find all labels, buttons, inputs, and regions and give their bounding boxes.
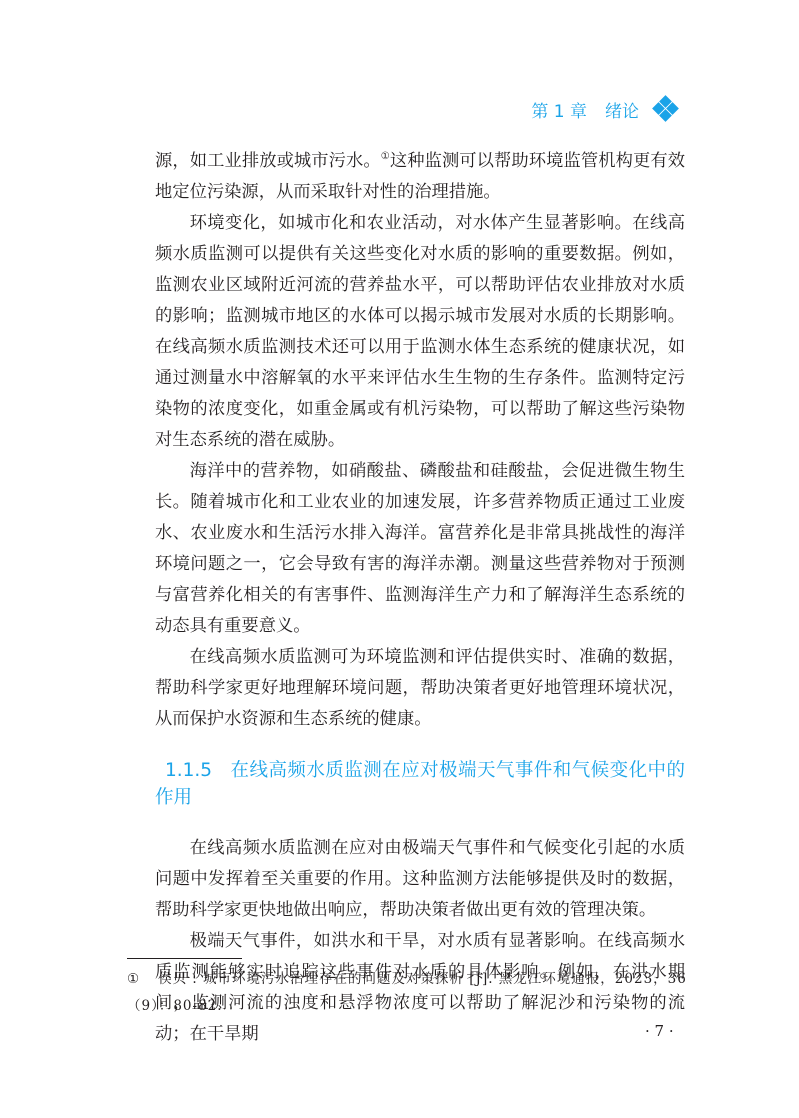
diamond-cluster-icon <box>649 96 679 122</box>
paragraph: 在线高频水质监测在应对由极端天气事件和气候变化引起的水质问题中发挥着至关重要的作… <box>155 833 685 926</box>
footnote-divider <box>127 958 242 959</box>
paragraph: 海洋中的营养物，如硝酸盐、磷酸盐和硅酸盐，会促进微生物生长。随着城市化和工业农业… <box>155 456 685 642</box>
footnote-text: 侯贝 . 城市环境污水治理存在的问题及对策探析 [J]. 黑龙江环境通报，202… <box>127 971 687 1014</box>
page-number: · 7 · <box>645 1022 674 1040</box>
footnote: ①侯贝 . 城市环境污水治理存在的问题及对策探析 [J]. 黑龙江环境通报，20… <box>127 966 687 1020</box>
paragraph-continued: 源，如工业排放或城市污水。①这种监测可以帮助环境监管机构更有效地定位污染源，从而… <box>155 146 685 208</box>
chapter-number: 第 1 章 <box>531 97 587 122</box>
footnote-mark: ① <box>127 971 140 987</box>
section-title: 在线高频水质监测在应对极端天气事件和气候变化中的作用 <box>155 760 685 808</box>
section-heading: 1.1.5在线高频水质监测在应对极端天气事件和气候变化中的作用 <box>155 757 685 811</box>
section-number: 1.1.5 <box>165 760 212 781</box>
paragraph: 环境变化，如城市化和农业活动，对水体产生显著影响。在线高频水质监测可以提供有关这… <box>155 208 685 456</box>
body-text: 源，如工业排放或城市污水。①这种监测可以帮助环境监管机构更有效地定位污染源，从而… <box>155 146 685 1050</box>
running-header: 第 1 章 绪论 <box>531 96 679 122</box>
footnote-reference[interactable]: ① <box>381 151 390 162</box>
paragraph: 在线高频水质监测可为环境监测和评估提供实时、准确的数据，帮助科学家更好地理解环境… <box>155 642 685 735</box>
chapter-title: 绪论 <box>605 97 639 122</box>
